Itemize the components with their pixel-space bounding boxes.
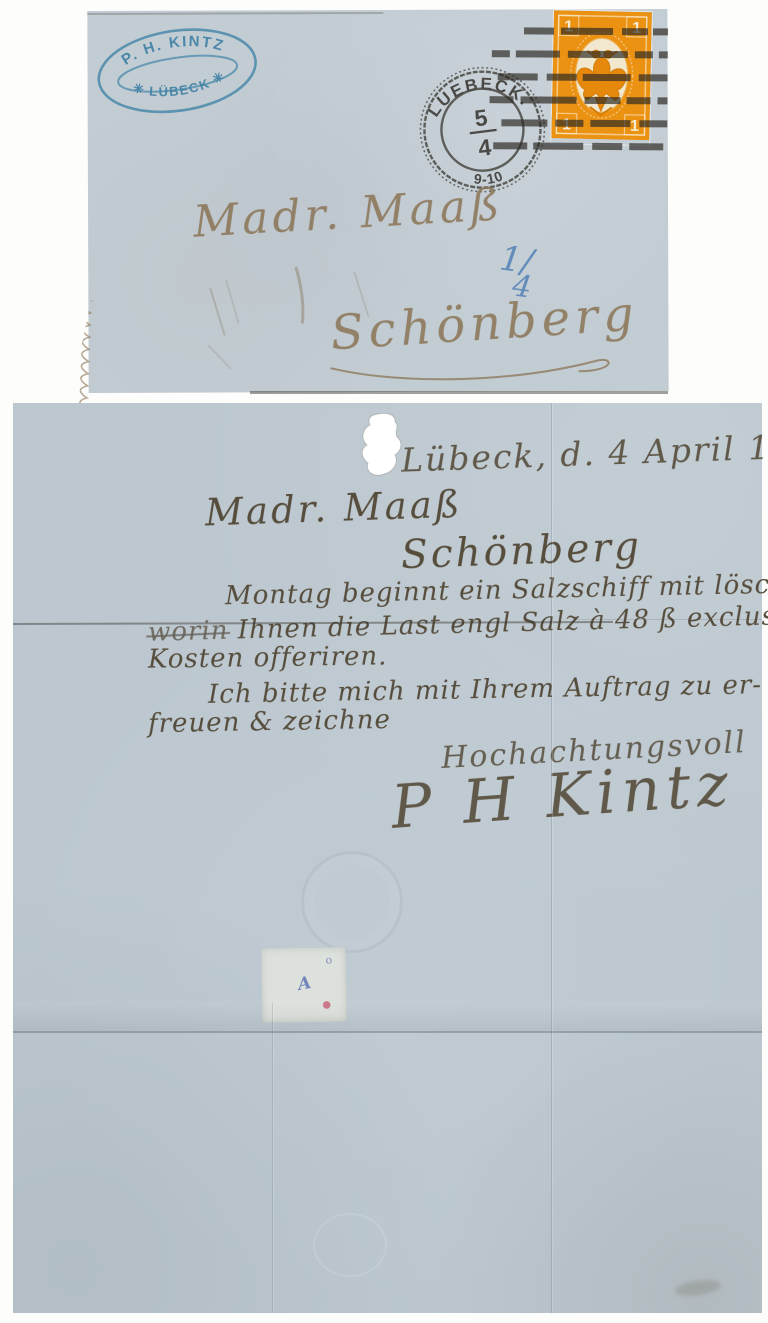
scanned-cover-and-letter: P. H. KINTZ ✳ LÜBECK ✳ LUEBECK. (0, 0, 768, 1323)
expert-label-center-mark: A (296, 973, 313, 995)
merchant-stamp-city: ✳ LÜBECK ✳ (129, 67, 229, 105)
address-underline-flourish (327, 345, 627, 388)
merchant-oval-handstamp: P. H. KINTZ ✳ LÜBECK ✳ (85, 11, 270, 135)
envelope-front: P. H. KINTZ ✳ LÜBECK ✳ LUEBECK. (87, 9, 668, 393)
letter-dateline: Lübeck, d. 4 April 1862 (400, 425, 768, 479)
svg-text:✳ LÜBECK ✳: ✳ LÜBECK ✳ (129, 67, 229, 105)
expert-label-top-mark: o (325, 954, 332, 967)
bar-cancel-icon (489, 17, 668, 164)
expert-label: A o ● (261, 947, 346, 1022)
letter-body-line-3: Kosten offeriren. (148, 641, 388, 674)
letter-fold-vertical-left (272, 1003, 273, 1313)
corner-smudge (674, 1278, 722, 1298)
letter-body-line-5: freuen & zeichne (148, 705, 391, 739)
letter-recipient-town: Schönberg (400, 525, 642, 578)
svg-text:P. H. KINTZ: P. H. KINTZ (117, 27, 229, 70)
ghost-mark (313, 1213, 387, 1277)
margin-scribble (69, 234, 131, 414)
letter-body-line-4: Ich bitte mich mit Ihrem Auftrag zu er- (208, 670, 763, 710)
blue-rate-mark: 1/ 4 (495, 245, 537, 300)
expert-label-bottom-mark: ● (322, 1000, 331, 1011)
merchant-stamp-name: P. H. KINTZ (117, 27, 229, 70)
merchant-oval-icon: P. H. KINTZ ✳ LÜBECK ✳ (85, 11, 269, 131)
letter-fold-lower (13, 1031, 762, 1033)
letter-sheet: Lübeck, d. 4 April 1862 Madr. Maaß Schön… (13, 403, 762, 1313)
embossed-circle-watermark (301, 851, 403, 953)
letter-fold-band (13, 1001, 762, 1031)
postmark-day: 5 (473, 104, 489, 131)
envelope-address-name: Madr. Maaß (192, 179, 505, 247)
letter-recipient-name: Madr. Maaß (204, 483, 463, 535)
